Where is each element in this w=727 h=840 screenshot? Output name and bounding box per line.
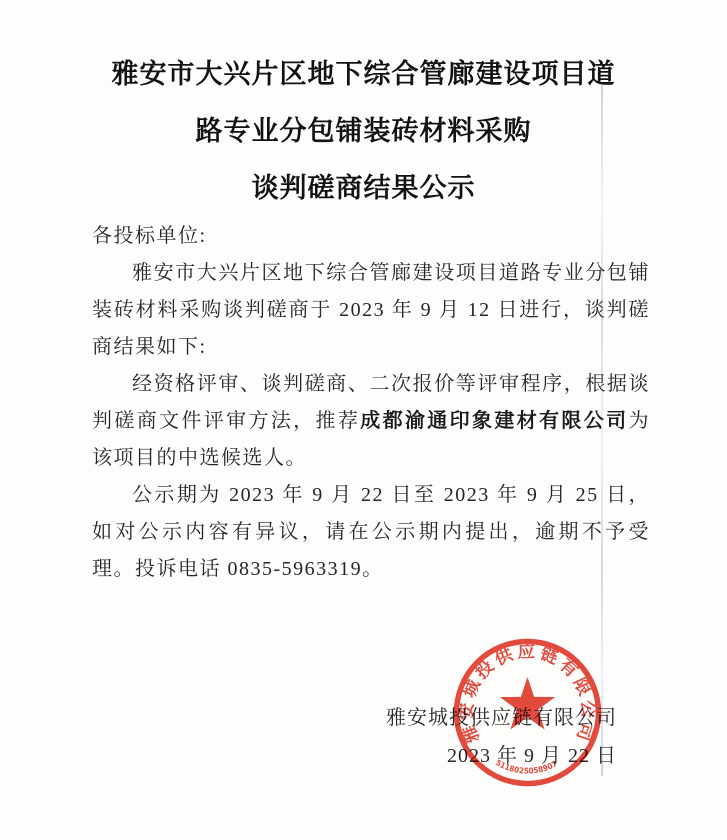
doc-title-line-3: 谈判磋商结果公示 <box>0 160 727 217</box>
salutation: 各投标单位: <box>92 218 650 255</box>
doc-title-line-2: 路专业分包铺装砖材料采购 <box>0 103 727 160</box>
scan-line-artifact <box>601 84 603 776</box>
doc-body: 各投标单位: 雅安市大兴片区地下综合管廊建设项目道路专业分包铺装砖材料采购谈判磋… <box>92 218 650 588</box>
paragraph-negotiation-date: 雅安市大兴片区地下综合管廊建设项目道路专业分包铺装砖材料采购谈判磋商于 2023… <box>92 255 650 366</box>
doc-title: 雅安市大兴片区地下综合管廊建设项目道 路专业分包铺装砖材料采购 谈判磋商结果公示 <box>0 0 727 217</box>
winning-company-name: 成都渝通印象建材有限公司 <box>360 410 628 432</box>
doc-title-line-1: 雅安市大兴片区地下综合管廊建设项目道 <box>0 46 727 103</box>
signature-block: 雅安城投供应链有限公司 2023 年 9 月 22 日 <box>386 699 617 775</box>
document-page: 雅安市大兴片区地下综合管廊建设项目道 路专业分包铺装砖材料采购 谈判磋商结果公示… <box>0 0 727 840</box>
signature-company: 雅安城投供应链有限公司 <box>386 699 617 737</box>
paragraph-result: 经资格评审、谈判磋商、二次报价等评审程序，根据谈判磋商文件评审方法，推荐成都渝通… <box>92 366 650 477</box>
paragraph-publicity-period: 公示期为 2023 年 9 月 22 日至 2023 年 9 月 25 日，如对… <box>92 477 650 588</box>
signature-date: 2023 年 9 月 22 日 <box>386 737 617 775</box>
